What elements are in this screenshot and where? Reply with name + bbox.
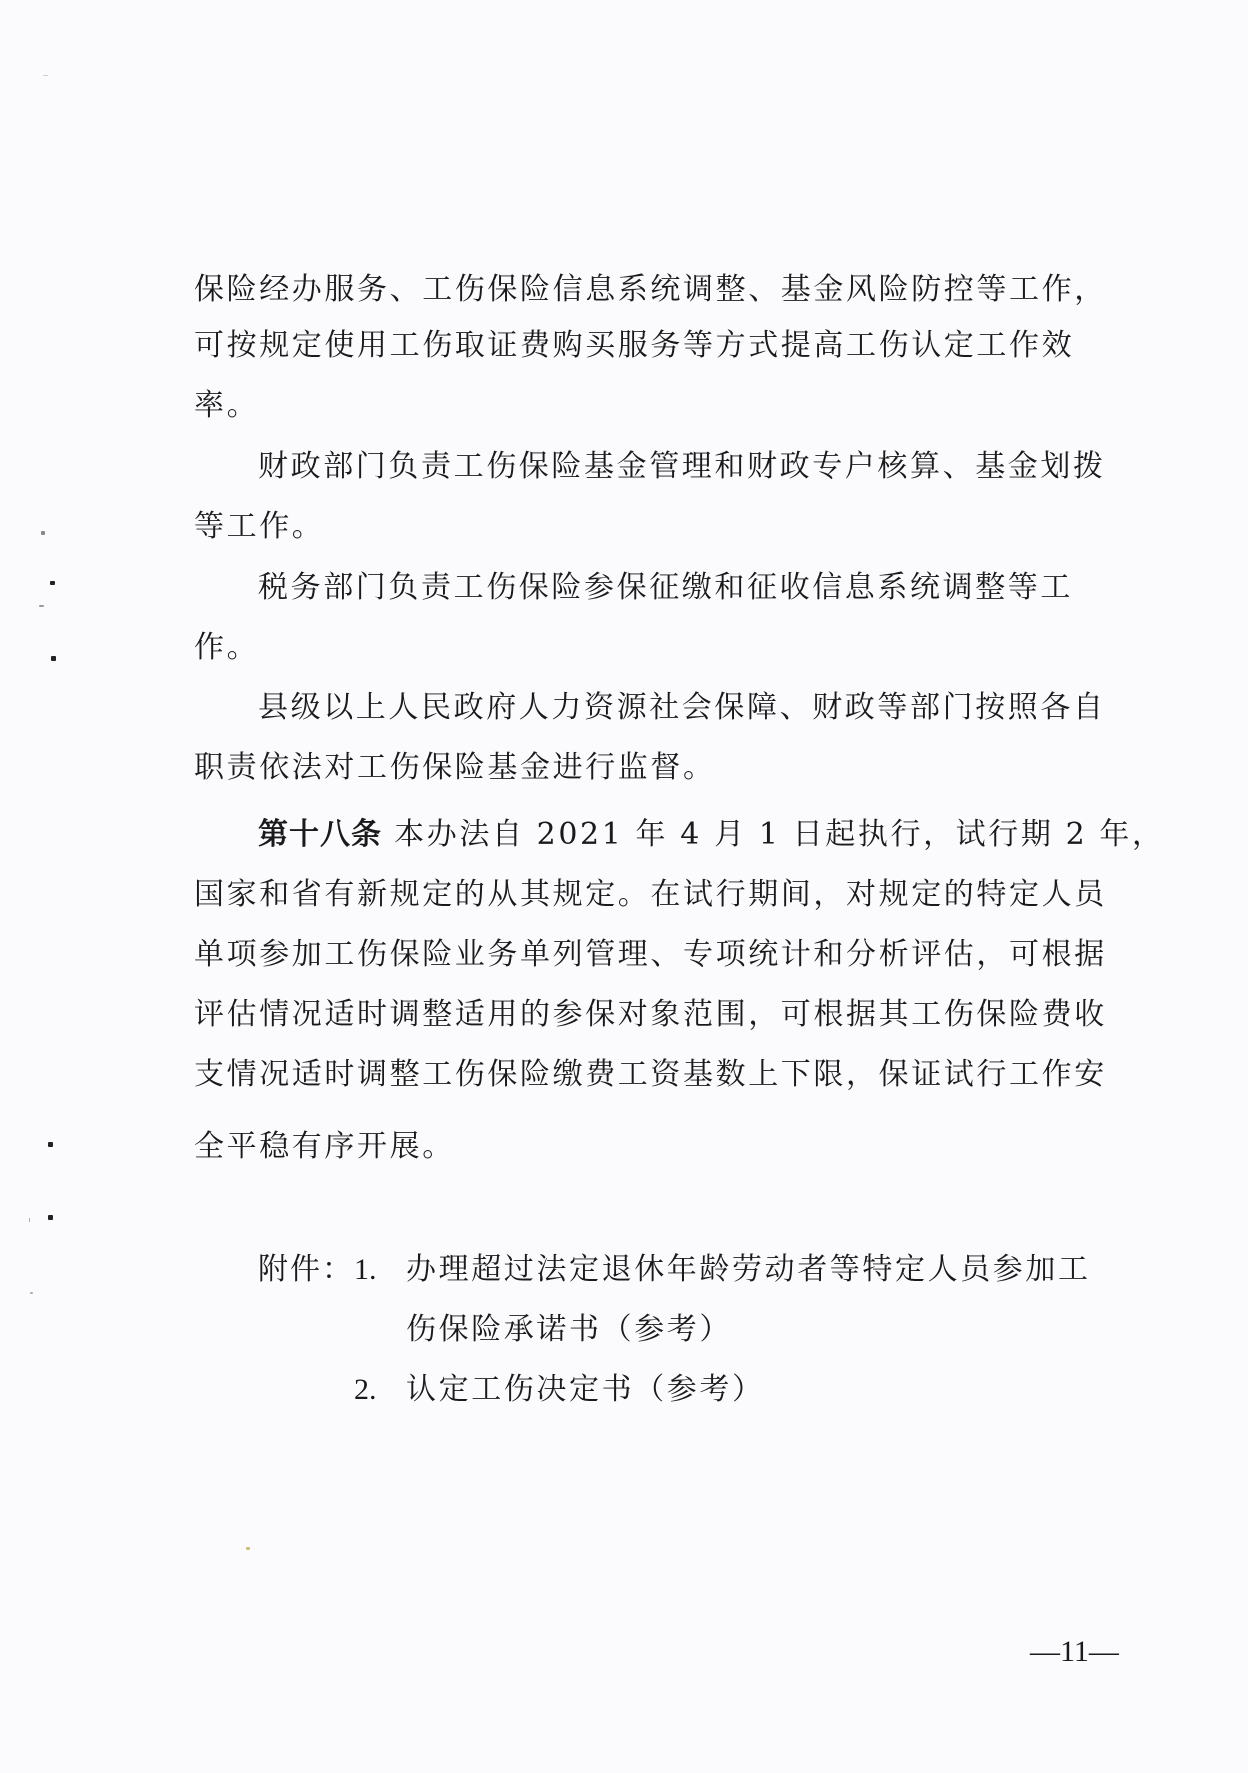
body-text-line: 支情况适时调整工伤保险缴费工资基数上下限，保证试行工作安 — [194, 1055, 1114, 1095]
body-text-line: 等工作。 — [194, 507, 1114, 547]
body-text-line: 保险经办服务、工伤保险信息系统调整、基金风险防控等工作， — [194, 270, 1114, 310]
scan-speck — [29, 1218, 30, 1222]
body-text-line: 作。 — [194, 628, 1114, 668]
body-text-line: 评估情况适时调整适用的参保对象范围，可根据其工伤保险费收 — [194, 995, 1114, 1035]
scan-speck — [48, 1215, 53, 1220]
scan-speck — [41, 531, 45, 535]
scan-speck — [43, 75, 48, 76]
scan-speck — [39, 605, 44, 607]
scan-speck — [246, 1547, 250, 1550]
attachments-label: 附件： — [258, 1250, 354, 1290]
body-text-line: 单项参加工伤保险业务单列管理、专项统计和分析评估，可根据 — [194, 935, 1114, 975]
attachment-title: 认定工伤决定书（参考） — [406, 1370, 765, 1410]
body-text-line: 可按规定使用工伤取证费购买服务等方式提高工伤认定工作效 — [194, 326, 1114, 366]
scan-speck — [50, 581, 55, 585]
body-text-line: 全平稳有序开展。 — [194, 1127, 1114, 1167]
scan-speck — [48, 1142, 53, 1147]
body-text-line: 国家和省有新规定的从其规定。在试行期间，对规定的特定人员 — [194, 875, 1114, 915]
attachment-title: 办理超过法定退休年龄劳动者等特定人员参加工 — [406, 1250, 1091, 1290]
body-text: 本办法自 2021 年 4 月 1 日起执行，试行期 2 年， — [394, 817, 1165, 852]
body-text-line: 税务部门负责工伤保险参保征缴和征收信息系统调整等工 — [258, 568, 1114, 608]
article-title: 第十八条 — [258, 817, 382, 852]
body-text-line: 县级以上人民政府人力资源社会保障、财政等部门按照各自 — [258, 688, 1114, 728]
attachment-number: 2. — [354, 1370, 377, 1410]
attachment-title: 伤保险承诺书（参考） — [406, 1310, 732, 1350]
page-number: —11— — [1030, 1634, 1119, 1670]
body-text-line: 职责依法对工伤保险基金进行监督。 — [194, 748, 1114, 788]
scan-speck — [51, 656, 56, 661]
document-page: 保险经办服务、工伤保险信息系统调整、基金风险防控等工作， 可按规定使用工伤取证费… — [0, 0, 1248, 1773]
body-text-line: 率。 — [194, 386, 1114, 426]
attachment-number: 1. — [354, 1250, 377, 1290]
scan-speck — [30, 1292, 33, 1294]
body-text-line: 财政部门负责工伤保险基金管理和财政专户核算、基金划拨 — [258, 447, 1114, 487]
article-paragraph-first-line: 第十八条 本办法自 2021 年 4 月 1 日起执行，试行期 2 年， — [258, 815, 1114, 855]
